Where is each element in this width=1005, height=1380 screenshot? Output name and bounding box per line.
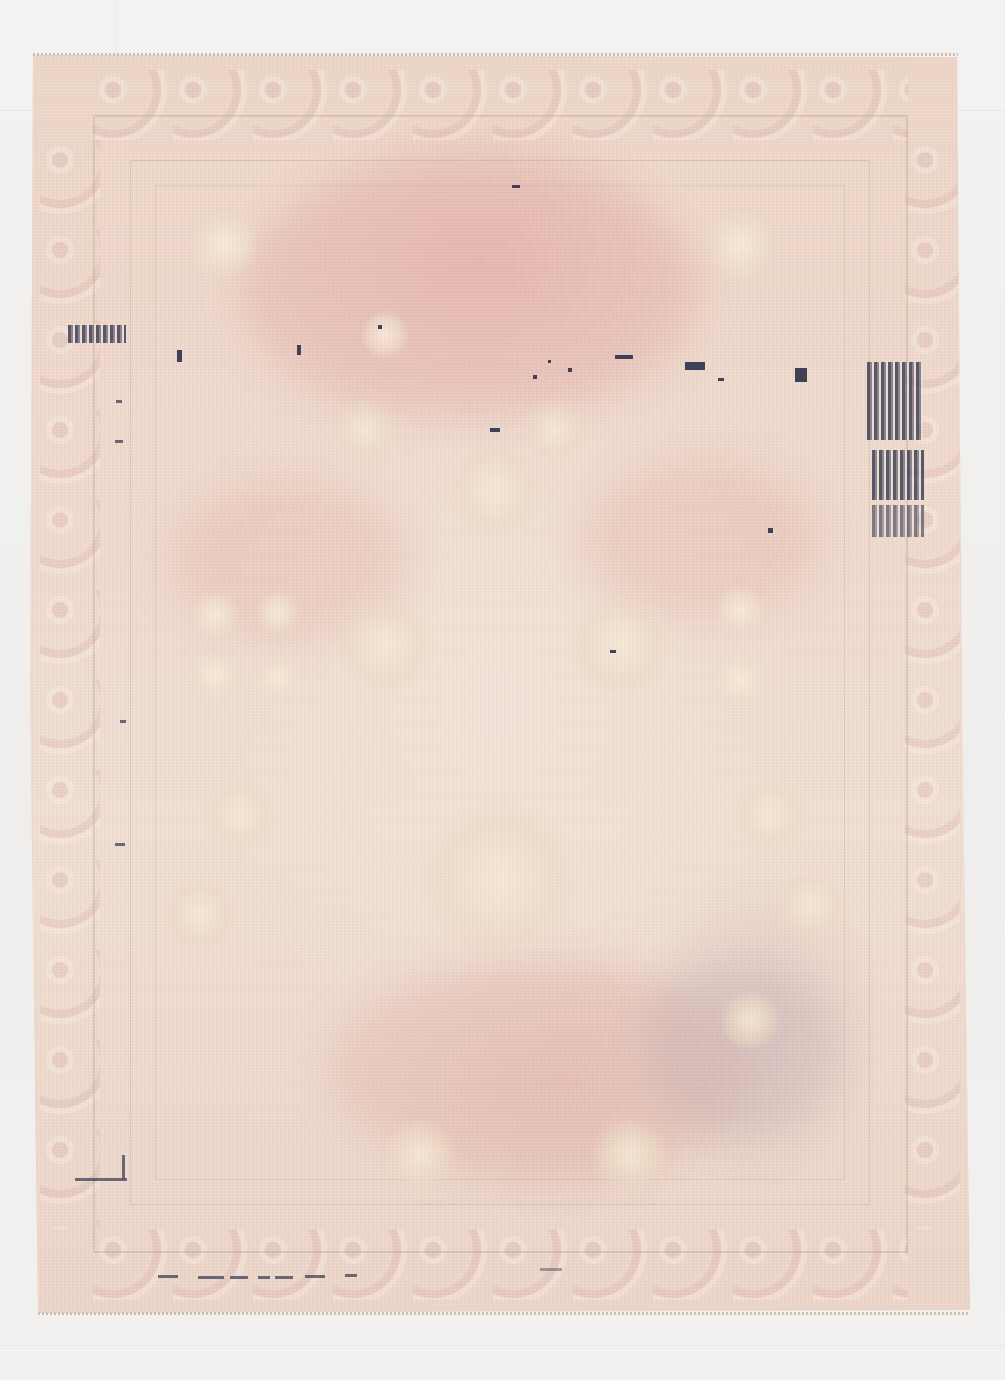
navy-fleck bbox=[568, 368, 572, 372]
navy-dash-line bbox=[540, 1268, 562, 1271]
navy-fleck bbox=[75, 1178, 127, 1181]
navy-fleck bbox=[512, 185, 520, 188]
navy-fleck bbox=[378, 325, 382, 329]
navy-fleck bbox=[115, 440, 123, 443]
navy-fleck bbox=[685, 362, 705, 370]
navy-patch-right-mid bbox=[872, 450, 924, 500]
navy-fleck bbox=[177, 350, 182, 362]
navy-fleck bbox=[533, 375, 537, 379]
navy-fleck bbox=[795, 368, 807, 382]
rug-fringe-bottom bbox=[38, 1312, 970, 1315]
navy-patch-left bbox=[68, 325, 126, 343]
navy-dash-line bbox=[198, 1276, 224, 1279]
navy-dash-line bbox=[275, 1276, 293, 1279]
rug-fringe-top bbox=[33, 53, 958, 56]
navy-fleck bbox=[768, 528, 773, 533]
navy-patch-right-top bbox=[867, 362, 923, 440]
navy-fleck bbox=[548, 360, 551, 363]
navy-dash-line bbox=[158, 1275, 178, 1278]
navy-fleck bbox=[116, 400, 122, 403]
navy-patch-right-bottom bbox=[872, 505, 924, 537]
navy-fleck bbox=[297, 345, 301, 355]
navy-fleck bbox=[120, 720, 126, 723]
backdrop-seam bbox=[0, 1345, 1005, 1346]
navy-dash-line bbox=[258, 1276, 270, 1279]
navy-dash-line bbox=[305, 1275, 325, 1278]
navy-fleck bbox=[718, 378, 724, 381]
navy-fleck bbox=[122, 1155, 125, 1179]
weave-texture bbox=[0, 0, 1005, 1380]
navy-fleck bbox=[490, 428, 500, 432]
backdrop-seam bbox=[115, 0, 116, 60]
navy-fleck bbox=[615, 355, 633, 359]
navy-fleck bbox=[610, 650, 616, 653]
navy-fleck bbox=[115, 843, 125, 846]
navy-dash-line bbox=[230, 1276, 248, 1279]
navy-dash-line bbox=[345, 1274, 357, 1277]
rug bbox=[0, 0, 1005, 1380]
